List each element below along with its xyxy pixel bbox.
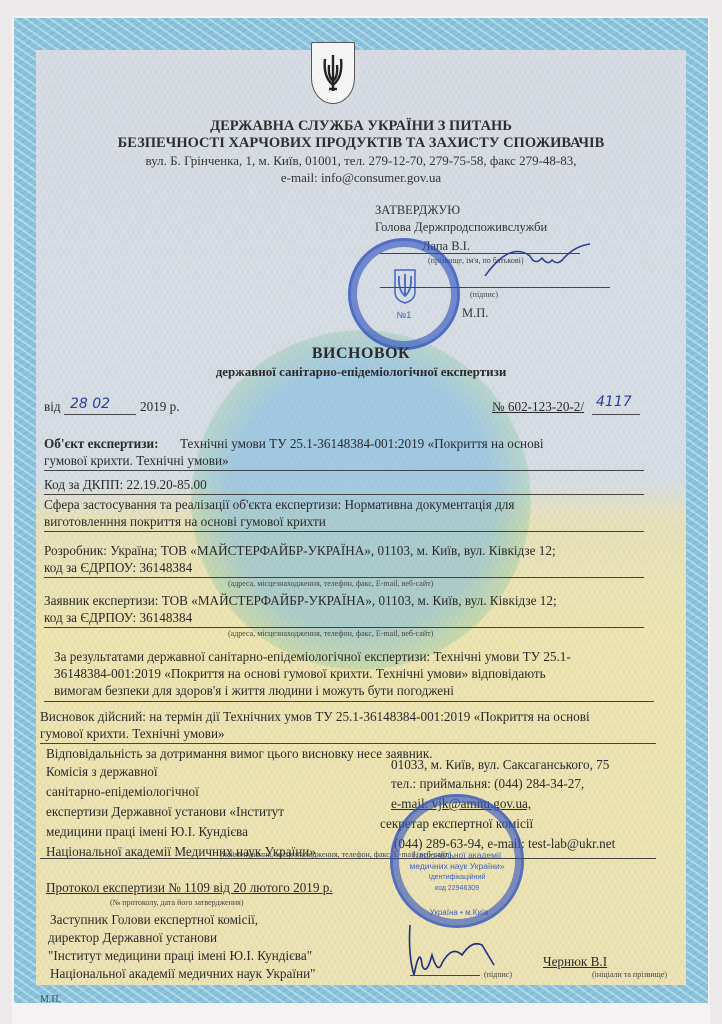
document-title: ВИСНОВОК [0,345,722,363]
approval-stamp-number: №1 [348,310,460,320]
org-email: e-mail: info@consumer.gov.ua [0,170,722,186]
commission-right-1: 01033, м. Київ, вул. Саксаганського, 75 [391,756,609,774]
trident-icon [319,51,347,95]
approver-signature-caption: (підпис) [470,290,498,299]
approve-label: ЗАТВЕРДЖУЮ [375,203,460,218]
object-label: Об'єкт експертизи: [44,435,159,453]
document-number: № 602-123-20-2/ [492,398,584,416]
org-name-line2: БЕЗПЕЧНОСТІ ХАРЧОВИХ ПРОДУКТІВ ТА ЗАХИСТ… [0,135,722,152]
commission-left-4: медицини праці імені Ю.І. Кундієва [46,823,248,841]
protocol-caption: (№ протоколу, дата його затвердження) [110,898,243,907]
applicant-line1: Заявник експертизи: ТОВ «МАЙСТЕРФАЙБР-УК… [44,592,557,610]
approver-seal-mark: М.П. [462,306,488,321]
institute-stamp-text: Національної академії медичних наук Укра… [398,850,516,894]
developer-caption: (адреса, місцезнаходження, телефон, факс… [228,579,433,588]
signatory-name-caption: (ініціали та прізвище) [592,970,667,979]
result-line2: 36148384-001:2019 «Покриття на основі гу… [54,665,546,683]
result-line3: вимогам безпеки для здоров'я і життя люд… [54,682,454,700]
commission-left-1: Комісія з державної [46,763,158,781]
org-name-line1: ДЕРЖАВНА СЛУЖБА УКРАЇНИ З ПИТАНЬ [0,118,722,135]
protocol-number: Протокол експертизи № 1109 від 20 лютого… [46,879,333,897]
applicant-caption: (адреса, місцезнаходження, телефон, факс… [228,629,433,638]
institute-stamp-footer: Україна • м.Київ [400,908,518,917]
result-line1: За результатами державної санітарно-епід… [54,648,571,666]
coat-of-arms [311,42,355,104]
approver-position: Голова Держпродспоживслужби [375,220,547,235]
object-value: Технічні умови ТУ 25.1-36148384-001:2019… [180,435,544,453]
date-handwritten: 28 02 [70,396,110,412]
validity-line2: гумової крихти. Технічні умови» [40,725,225,743]
signatory-line1: Заступник Голови експертної комісії, [50,911,258,929]
commission-left-3: експертизи Державної установи «Інститут [46,803,284,821]
document-subtitle: державної санітарно-епідеміологічної екс… [0,364,722,380]
signatory-name: Чернюк В.І [543,953,607,971]
signatory-line3: "Інститут медицини праці імені Ю.І. Кунд… [48,947,312,965]
number-handwritten: 4117 [596,394,632,410]
signatory-signature-caption: (підпис) [484,970,512,979]
object-value-cont: гумової крихти. Технічні умови» [44,452,229,470]
footer-seal-mark: М.П. [40,994,61,1005]
developer-line1: Розробник: Україна; ТОВ «МАЙСТЕРФАЙБР-УК… [44,542,556,560]
scope-line2: виготовленння покриття на основі гумової… [44,513,326,531]
applicant-line2: код за ЄДРПОУ: 36148384 [44,609,192,627]
commission-left-2: санітарно-епідеміологічної [46,783,199,801]
developer-line2: код за ЄДРПОУ: 36148384 [44,559,192,577]
date-prefix: від [44,398,61,416]
signatory-line2: директор Державної установи [48,929,217,947]
responsibility-note: Відповідальність за дотримання вимог цьо… [46,745,433,763]
commission-right-2: тел.: приймальня: (044) 284-34-27, [391,775,584,793]
dkpp-code: Код за ДКПП: 22.19.20-85.00 [44,476,207,494]
date-year: 2019 р. [140,398,180,416]
stamp-trident-icon [392,268,418,304]
org-address: вул. Б. Грінченка, 1, м. Київ, 01001, те… [0,153,722,169]
approver-signature [480,236,600,286]
signatory-line4: Національної академії медичних наук Укра… [50,965,316,983]
scope-line1: Сфера застосування та реалізації об'єкта… [44,496,514,514]
validity-line1: Висновок дійсний: на термін дії Технічни… [40,708,590,726]
